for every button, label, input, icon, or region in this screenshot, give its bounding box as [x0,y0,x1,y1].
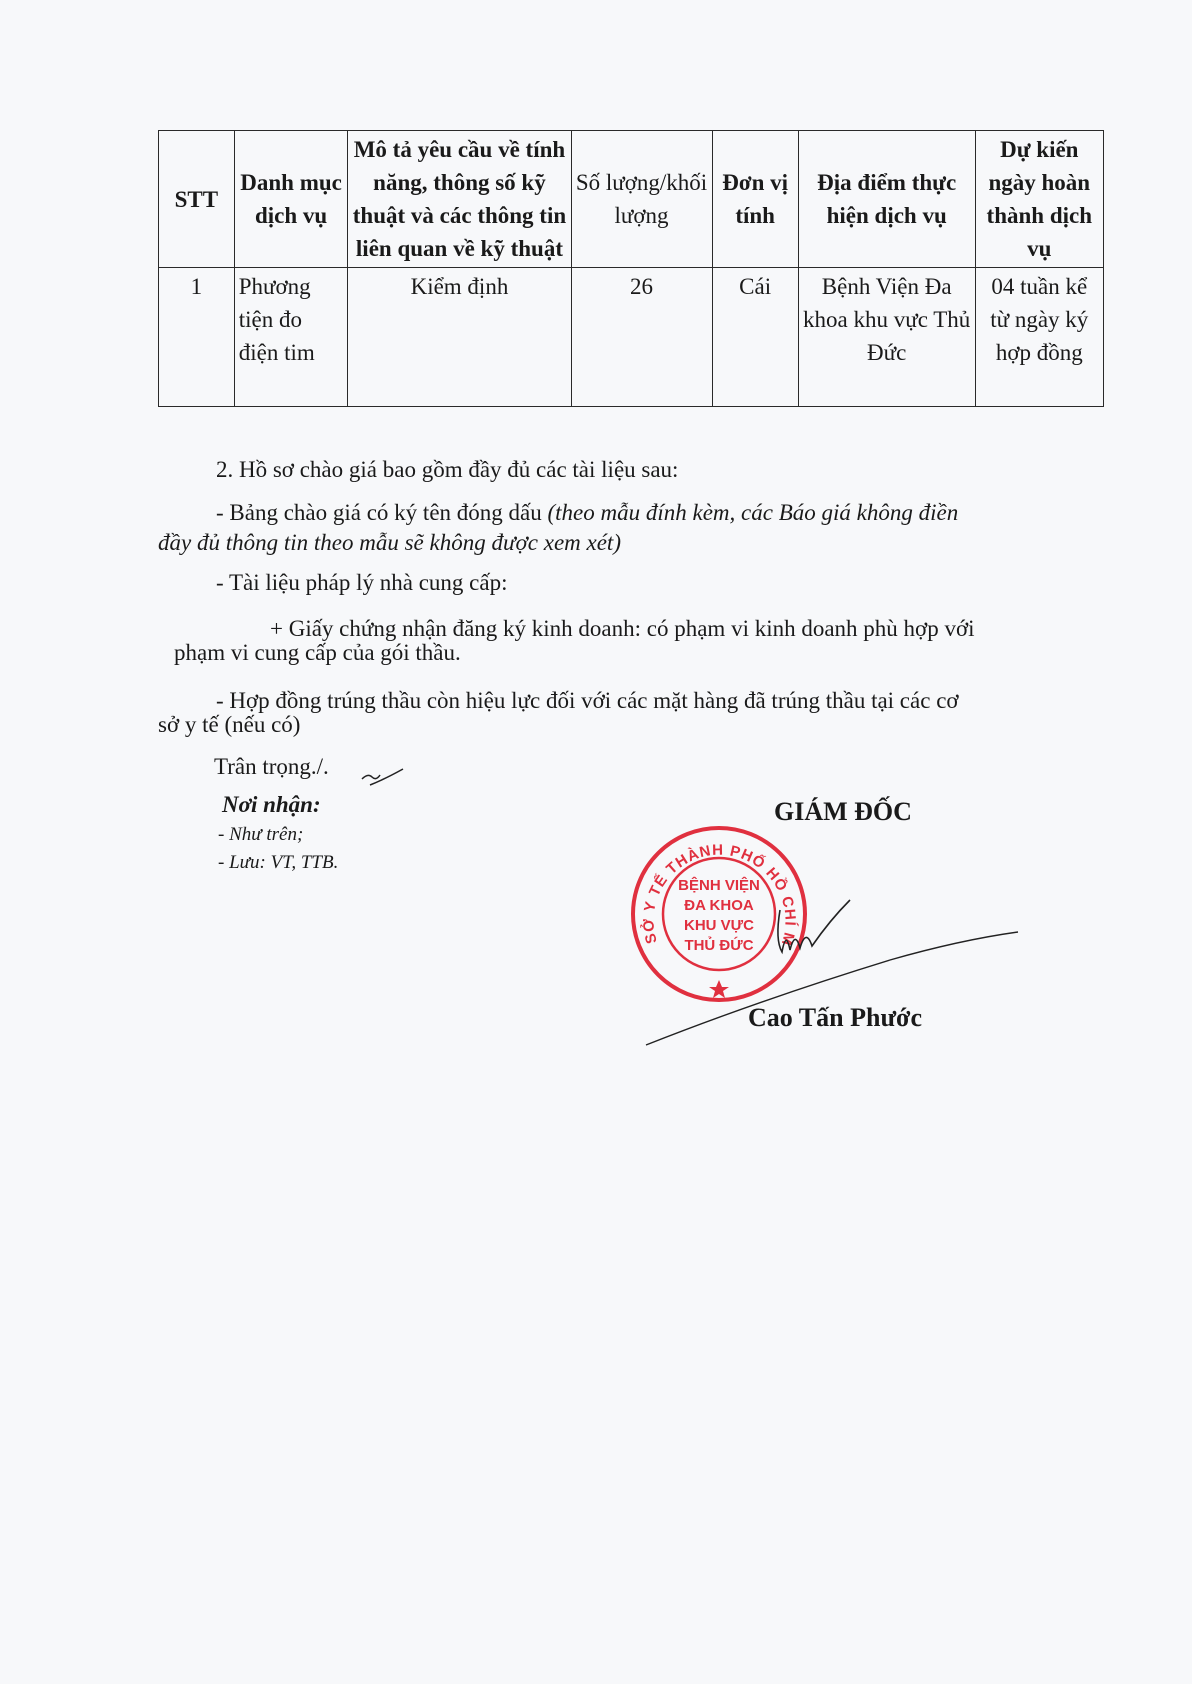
header-service: Danh mục dịch vụ [234,131,348,268]
table-row: 1 Phương tiện đo điện tim Kiểm định 26 C… [159,268,1104,407]
initial-flourish-icon [360,765,405,790]
signatory-name: Cao Tấn Phước [748,1003,922,1033]
cell-stt: 1 [159,268,235,407]
requirement-item-1: - Bảng chào giá có ký tên đóng dấu (theo… [216,498,958,528]
cell-description: Kiểm định [348,268,571,407]
cell-location: Bệnh Viện Đa khoa khu vực Thủ Đức [798,268,975,407]
requirement-item-3: - Hợp đồng trúng thầu còn hiệu lực đối v… [216,686,959,716]
requirement-item-3-cont: sở y tế (nếu có) [158,710,300,740]
section-2-heading: 2. Hồ sơ chào giá bao gồm đầy đủ các tài… [216,455,678,485]
header-unit: Đơn vị tính [712,131,798,268]
document-page: STT Danh mục dịch vụ Mô tả yêu cầu về tí… [0,0,1192,1684]
closing-text: Trân trọng./. [214,752,329,782]
item-1-note-cont: đầy đủ thông tin theo mẫu sẽ không được … [158,528,621,558]
recipients-title: Nơi nhận: [222,792,321,818]
recipient-item: - Như trên; [218,824,303,846]
cell-quantity: 26 [571,268,712,407]
item-1-text: - Bảng chào giá có ký tên đóng dấu [216,500,548,525]
header-quantity: Số lượng/khối lượng [571,131,712,268]
header-location: Địa điểm thực hiện dịch vụ [798,131,975,268]
header-stt: STT [159,131,235,268]
requirement-item-2: - Tài liệu pháp lý nhà cung cấp: [216,568,507,598]
cell-completion: 04 tuần kể từ ngày ký hợp đồng [975,268,1103,407]
requirement-item-2-sub-cont: phạm vi cung cấp của gói thầu. [174,638,461,668]
cell-service: Phương tiện đo điện tim [234,268,348,407]
table-header-row: STT Danh mục dịch vụ Mô tả yêu cầu về tí… [159,131,1104,268]
cell-unit: Cái [712,268,798,407]
header-completion: Dự kiến ngày hoàn thành dịch vụ [975,131,1103,268]
header-description: Mô tả yêu cầu về tính năng, thông số kỹ … [348,131,571,268]
recipient-item: - Lưu: VT, TTB. [218,852,338,874]
service-spec-table: STT Danh mục dịch vụ Mô tả yêu cầu về tí… [158,130,1104,407]
item-1-note: (theo mẫu đính kèm, các Báo giá không đi… [548,500,959,525]
